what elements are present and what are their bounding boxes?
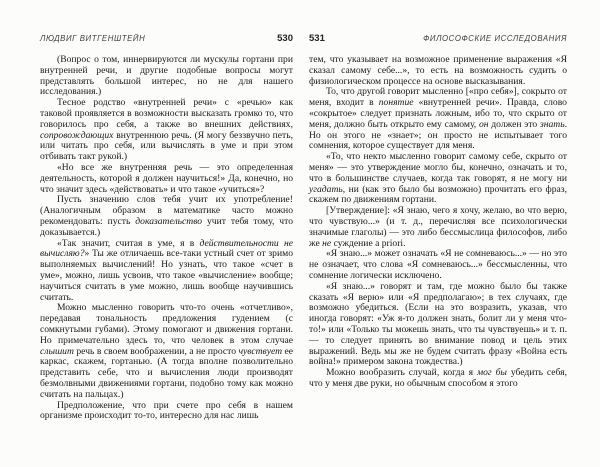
text-segment: Тесное родство «внутренней речи» с «речь… [40,97,293,130]
page-number-left: 530 [277,33,293,44]
right-page: 531 ФИЛОСОФСКИЕ ИССЛЕДОВАНИЯ тем, что ук… [309,33,567,390]
text-segment: Предположение, что при счете про себя в … [40,400,293,422]
text-segment: «Но все же внутренняя речь — это определ… [40,162,293,195]
text-segment: «Я знаю...» говорят и там, где можно был… [309,281,567,368]
paragraph: тем, что указывает на возможное применен… [309,55,567,87]
text-segment: мог бы [477,367,507,378]
paragraph: То, что другой говорит мысленно [«про се… [309,87,567,152]
text-segment: тем, что указывает на возможное применен… [309,54,567,87]
text-segment: не [322,238,331,249]
paragraph: Пусть значению слов тебя учит их употреб… [40,195,293,238]
paragraph: [Утверждение]: «Я знаю, чего я хочу, жел… [309,206,567,249]
text-segment: чувствует [238,346,282,357]
text-segment: он [479,119,489,130]
right-page-header: 531 ФИЛОСОФСКИЕ ИССЛЕДОВАНИЯ [309,33,567,44]
text-segment: «Я знаю...» может означать «Я не сомнева… [309,248,567,281]
text-segment: сопровождающих [40,130,113,141]
text-segment: знать [540,119,565,130]
running-head-title: ФИЛОСОФСКИЕ ИССЛЕДОВАНИЯ [423,34,567,43]
page-number-right: 531 [309,33,325,44]
text-segment: Можно мысленно говорить что-то очень «от… [40,302,293,345]
text-segment: , ни (как это было бы возможно) прочитат… [309,184,567,206]
text-segment: доказательство [135,216,202,227]
text-segment: должен это [489,119,540,130]
text-segment: слышит [40,346,74,357]
left-page-body: (Вопрос о том, иннервируются ли мускулы … [40,55,293,422]
paragraph: «Так значит, считая в уме, я в действите… [40,239,293,304]
paragraph: Предположение, что при счете про себя в … [40,401,293,423]
running-head-author: ЛЮДВИГ ВИТГЕНШТЕЙН [40,34,145,43]
paragraph: Можно мысленно говорить что-то очень «от… [40,303,293,400]
paragraph: «То, что некто мысленно говорит самому с… [309,152,567,206]
book-spread: ЛЮДВИГ ВИТГЕНШТЕЙН 530 (Вопрос о том, ин… [0,0,600,467]
text-segment: Можно вообразить случай, когда я [326,367,477,378]
text-segment: «То, что некто мысленно говорит самому с… [309,151,567,184]
paragraph: «Но все же внутренняя речь — это определ… [40,163,293,195]
paragraph: Можно вообразить случай, когда я мог бы … [309,368,567,390]
paragraph: «Я знаю...» говорят и там, где можно был… [309,282,567,368]
left-page-header: ЛЮДВИГ ВИТГЕНШТЕЙН 530 [40,33,293,44]
text-segment: угадать [309,184,343,195]
paragraph: «Я знаю...» может означать «Я не сомнева… [309,249,567,281]
paragraph: (Вопрос о том, иннервируются ли мускулы … [40,55,293,98]
left-page: ЛЮДВИГ ВИТГЕНШТЕЙН 530 (Вопрос о том, ин… [40,33,293,422]
text-segment: суждение a priori. [331,238,405,249]
text-segment: «Так значит, считая в уме, я в [57,238,200,249]
right-page-body: тем, что указывает на возможное применен… [309,55,567,390]
paragraph: Тесное родство «внутренней речи» с «речь… [40,98,293,163]
text-segment: понятие [379,97,414,108]
text-segment: (Вопрос о том, иннервируются ли мускулы … [40,54,293,97]
text-segment: речь в своем воображении, а не просто [74,346,239,357]
